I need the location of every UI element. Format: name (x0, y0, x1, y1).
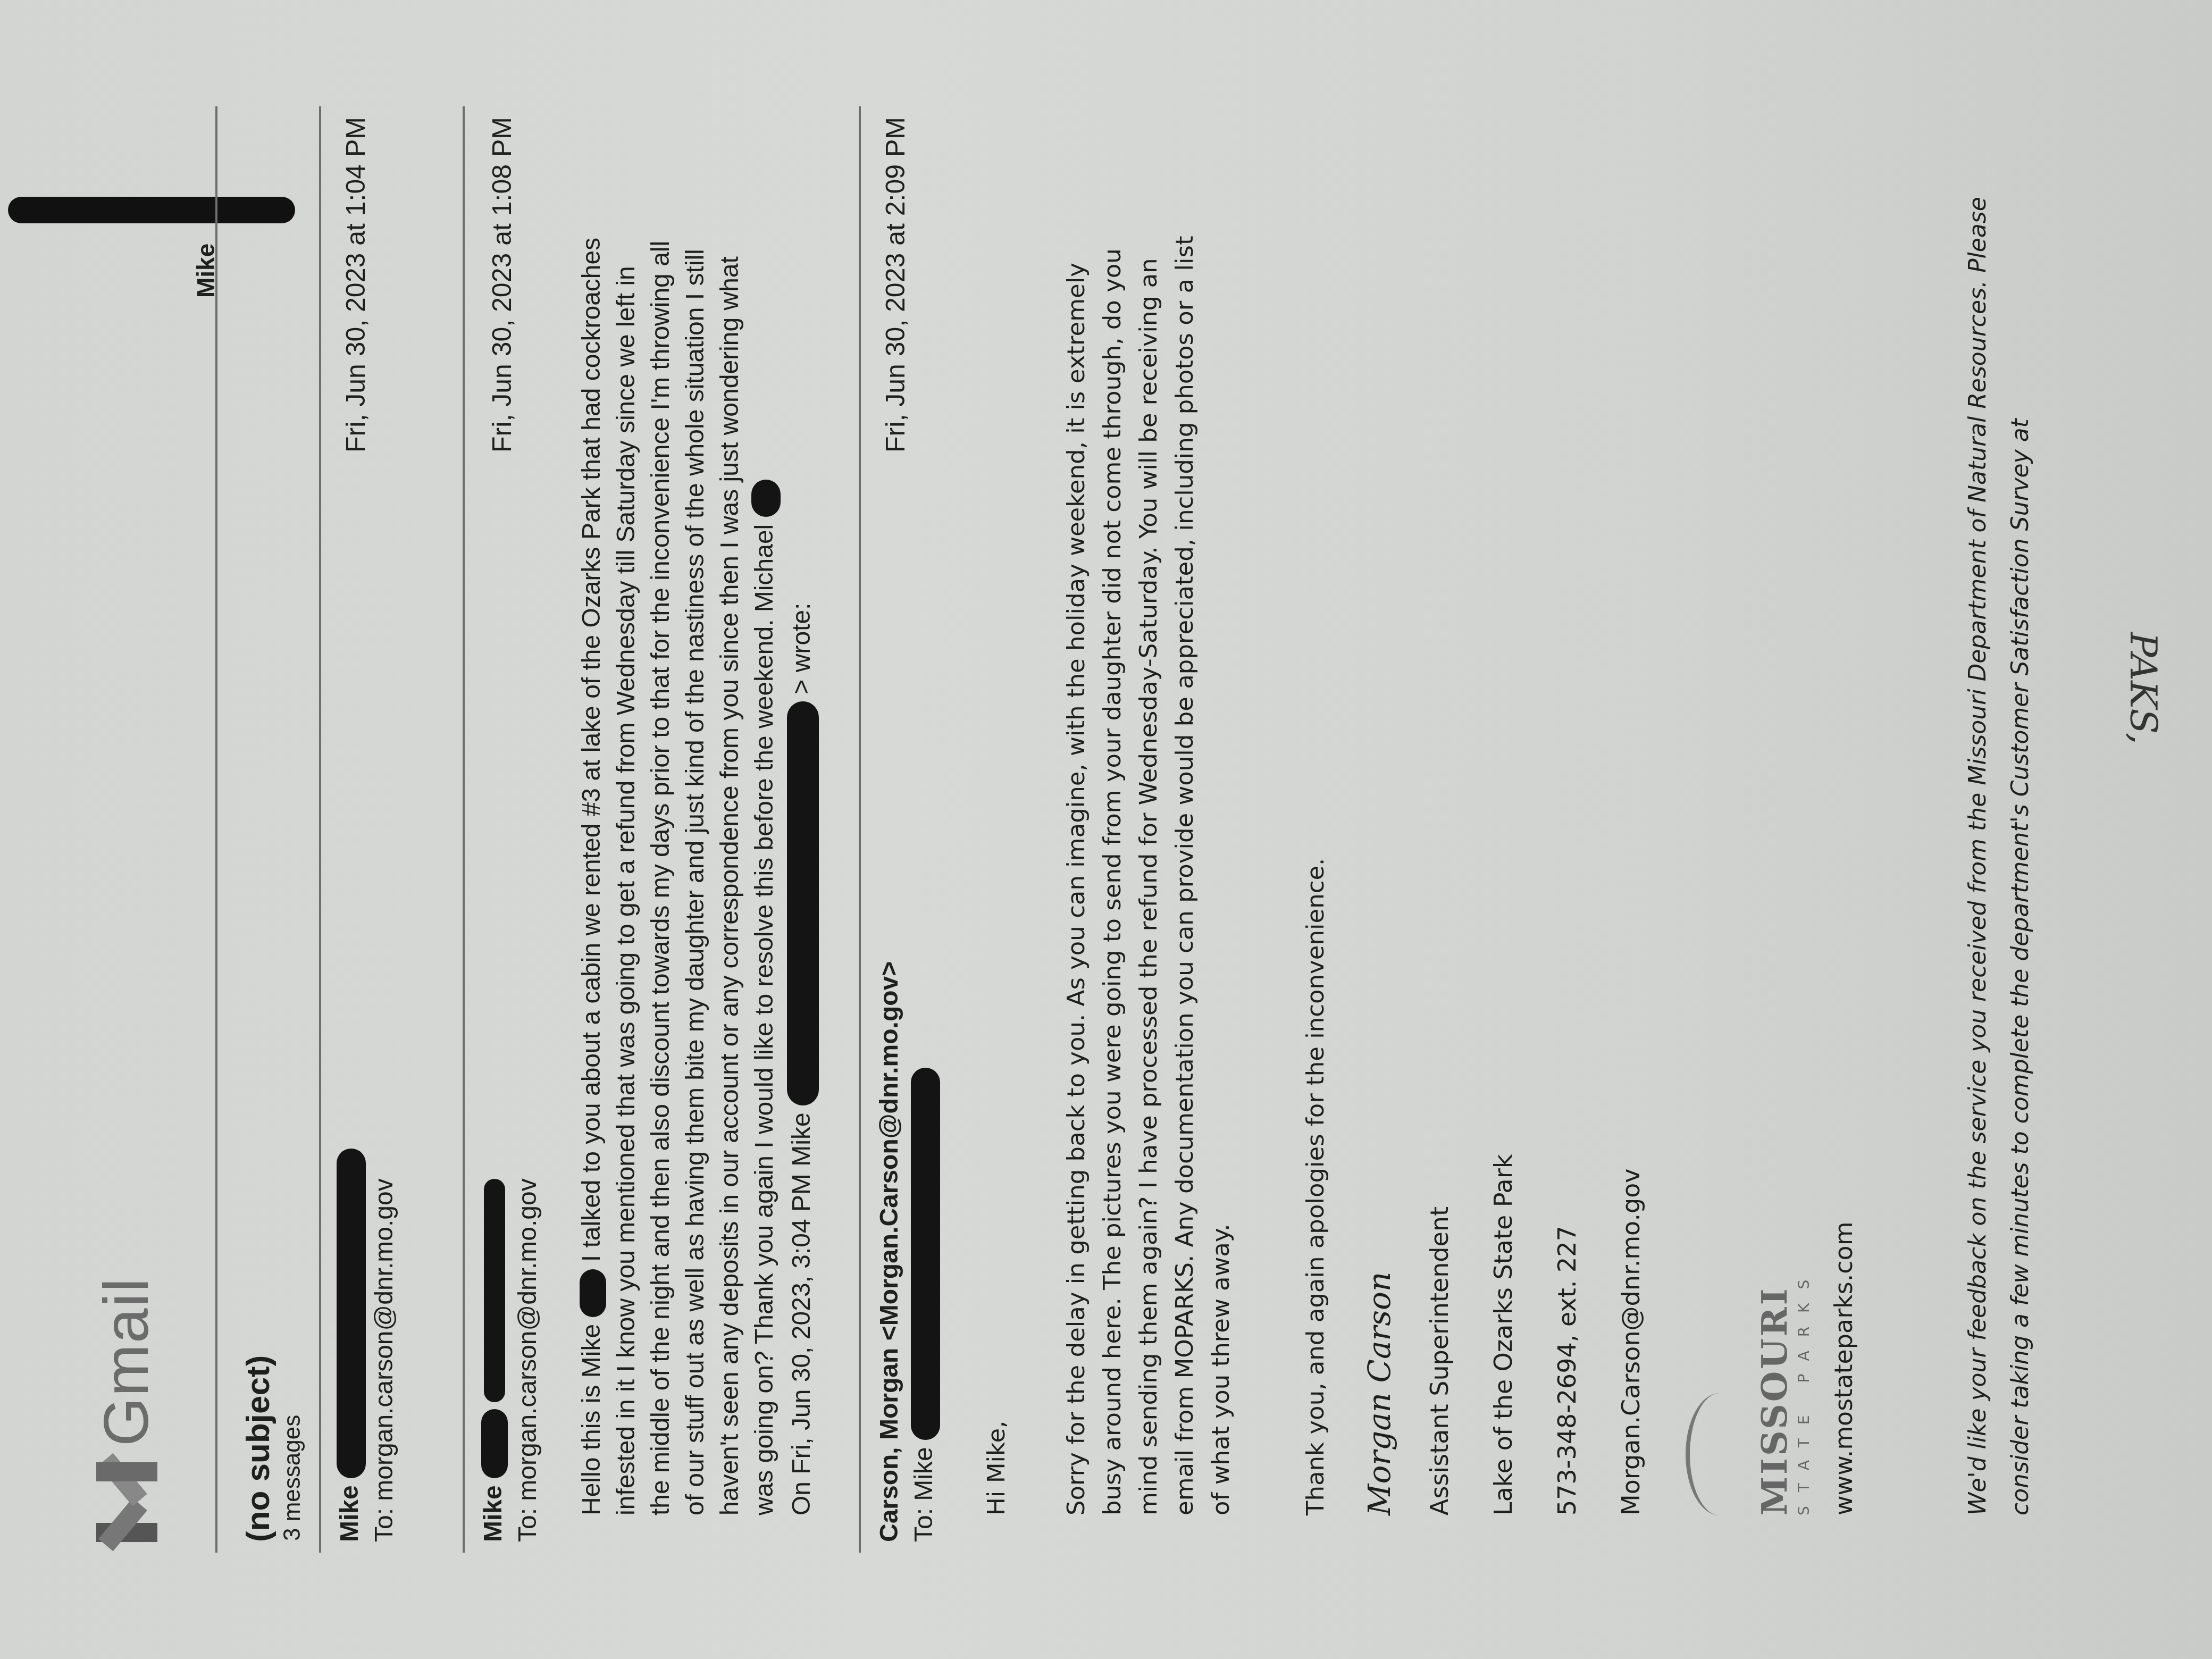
message-3-closing: Thank you, and again apologies for the i… (1297, 218, 1334, 1515)
signature-email[interactable]: Morgan.Carson@dnr.mo.gov (1616, 1168, 1645, 1515)
redaction-mark (751, 480, 781, 517)
redaction-mark (580, 1269, 606, 1317)
thread-subject: (no subject) (239, 1355, 277, 1542)
message-2-date: Fri, Jun 30, 2023 at 1:08 PM (487, 117, 517, 596)
redaction-mark (787, 701, 819, 1105)
divider (215, 106, 217, 1553)
message-2-to: To: morgan.carson@dnr.mo.gov (513, 1178, 542, 1542)
photo-background: Mike Gmail (no subject) 3 messages Mike … (0, 0, 2212, 1659)
missouri-state-parks-logo: MISSOURI STATE PARKS (1686, 1266, 1813, 1515)
survey-footer: We'd like your feedback on the service y… (1957, 186, 2042, 1515)
signature-phone: 573-348-2694, ext. 227 (1553, 1226, 1581, 1515)
message-3-from: Carson, Morgan <Morgan.Carson@dnr.mo.gov… (875, 961, 904, 1542)
message-3-paragraph: Sorry for the delay in getting back to y… (1058, 218, 1239, 1515)
message-1-date: Fri, Jun 30, 2023 at 1:04 PM (340, 117, 371, 596)
message-3-date: Fri, Jun 30, 2023 at 2:09 PM (880, 117, 911, 596)
quote-header: On Fri, Jun 30, 2023, 3:04 PM Mike > wro… (787, 603, 819, 1515)
message-3-to: To: Mike (909, 1068, 940, 1542)
message-2-from: Mike (479, 1179, 508, 1542)
message-count: 3 messages (279, 1415, 306, 1541)
message-1-to: To: morgan.carson@dnr.mo.gov (370, 1178, 399, 1542)
gmail-wordmark: Gmail (90, 1277, 163, 1446)
message-1-from: Mike (335, 1149, 366, 1542)
redaction-mark (8, 197, 295, 223)
redaction-mark (337, 1149, 366, 1478)
gmail-m-icon (96, 1462, 157, 1542)
signature-name: Morgan Carson (1361, 1272, 1397, 1515)
handwritten-note: PAKS, (2122, 632, 2165, 744)
wave-logo-icon (1686, 1393, 1754, 1515)
divider (859, 106, 861, 1553)
message-3-greeting: Hi Mike, (978, 218, 1015, 1515)
signature-park: Lake of the Ozarks State Park (1489, 1154, 1518, 1515)
printed-email-page: Mike Gmail (no subject) 3 messages Mike … (0, 0, 2212, 1659)
divider (319, 106, 321, 1553)
gmail-logo: Gmail (90, 1277, 163, 1542)
signature-title: Assistant Superintendent (1425, 1206, 1454, 1515)
redaction-mark (481, 1409, 508, 1478)
signature-website[interactable]: www.mostateparks.com (1829, 1221, 1858, 1515)
divider (463, 106, 465, 1553)
message-2-body: Hello this is Mike I talked to you about… (574, 229, 782, 1515)
redaction-mark (911, 1068, 940, 1440)
redaction-mark (484, 1179, 505, 1402)
